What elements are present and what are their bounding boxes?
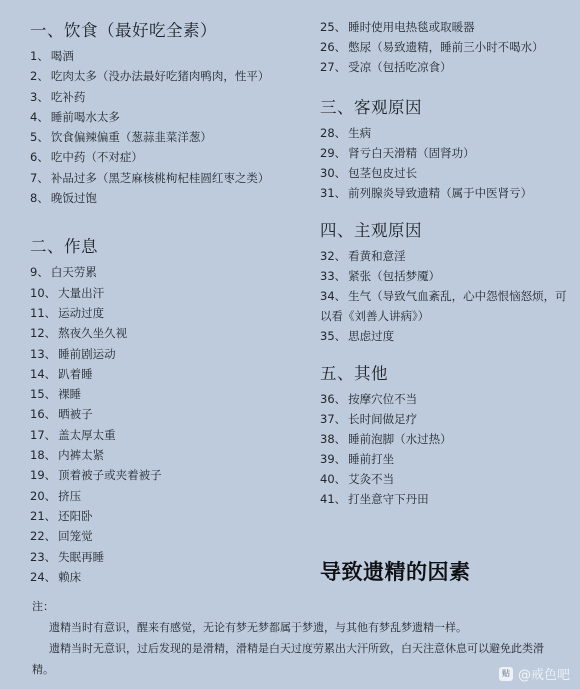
list-item: 38、睡前泡脚（水过热）: [320, 429, 580, 449]
list-item: 36、按摩穴位不当: [320, 389, 580, 409]
list-item: 11、运动过度: [30, 303, 300, 323]
list-item: 20、挤压: [30, 486, 300, 506]
list-item: 29、肾亏白天滑精（固肾功）: [320, 143, 580, 163]
section-objective-causes: 三、客观原因 28、生病 29、肾亏白天滑精（固肾功） 30、包茎包皮过长 31…: [320, 97, 580, 203]
list-item: 23、失眠再睡: [30, 547, 300, 567]
tieba-app-icon: 贴: [499, 667, 513, 681]
section-heading: 一、饮食（最好吃全素）: [30, 20, 300, 46]
list-item: 24、赖床: [30, 567, 300, 587]
note-paragraph: 遗精当时有意识，醒来有感觉，无论有梦无梦都属于梦遗，与其他有梦乱梦遗精一样。: [32, 617, 562, 638]
list-item: 12、熬夜久坐久视: [30, 323, 300, 343]
list-item: 25、睡时使用电热毯或取暖器: [320, 17, 580, 37]
list-item: 13、睡前剧运动: [30, 344, 300, 364]
list-item: 21、还阳卧: [30, 506, 300, 526]
section-subjective-causes: 四、主观原因 32、看黄和意淫 33、紧张（包括梦魇） 34、生气（导致气血紊乱…: [320, 220, 580, 346]
list-item: 28、生病: [320, 123, 580, 143]
left-column: 一、饮食（最好吃全素） 1、喝酒 2、吃肉太多（没办法最好吃猪肉鸭肉，性平） 3…: [30, 20, 300, 605]
list-item: 37、长时间做足疗: [320, 409, 580, 429]
list-item: 32、看黄和意淫: [320, 246, 580, 266]
note-paragraph: 遗精当时无意识，过后发现的是滑精，滑精是白天过度劳累出大汗所致，白天注意休息可以…: [32, 638, 562, 680]
section-other: 五、其他 36、按摩穴位不当 37、长时间做足疗 38、睡前泡脚（水过热） 39…: [320, 363, 580, 509]
list-item: 8、晚饭过饱: [30, 188, 300, 208]
right-column: 25、睡时使用电热毯或取暖器 26、憋尿（易致遗精，睡前三小时不喝水） 27、受…: [320, 17, 580, 526]
list-item: 26、憋尿（易致遗精，睡前三小时不喝水）: [320, 37, 580, 57]
section-routine: 二、作息 9、白天劳累 10、大量出汗 11、运动过度 12、熬夜久坐久视 13…: [30, 236, 300, 587]
section-heading: 四、主观原因: [320, 220, 580, 246]
section-heading: 二、作息: [30, 236, 300, 262]
list-item: 27、受凉（包括吃凉食）: [320, 57, 580, 77]
list-item: 22、回笼觉: [30, 526, 300, 546]
list-item: 9、白天劳累: [30, 262, 300, 282]
list-item: 7、补品过多（黑芝麻核桃枸杞桂圆红枣之类）: [30, 168, 300, 188]
list-item: 30、包茎包皮过长: [320, 163, 580, 183]
list-item: 1、喝酒: [30, 46, 300, 66]
list-item: 4、睡前喝水太多: [30, 107, 300, 127]
list-item: 19、顶着被子或夹着被子: [30, 465, 300, 485]
list-item: 5、饮食偏辣偏重（葱蒜韭菜洋葱）: [30, 127, 300, 147]
list-item: 18、内裤太紧: [30, 445, 300, 465]
list-item: 34、生气（导致气血紊乱，心中怨恨恼怒烦，可以看《刘善人讲病》）: [320, 286, 575, 326]
list-item: 17、盖太厚太重: [30, 425, 300, 445]
list-item: 31、前列腺炎导致遗精（属于中医肾亏）: [320, 183, 580, 203]
section-routine-continued: 25、睡时使用电热毯或取暖器 26、憋尿（易致遗精，睡前三小时不喝水） 27、受…: [320, 17, 580, 77]
section-diet: 一、饮食（最好吃全素） 1、喝酒 2、吃肉太多（没办法最好吃猪肉鸭肉，性平） 3…: [30, 20, 300, 208]
list-item: 3、吃补药: [30, 87, 300, 107]
list-item: 39、睡前打坐: [320, 449, 580, 469]
section-heading: 五、其他: [320, 363, 580, 389]
list-item: 33、紧张（包括梦魇）: [320, 266, 580, 286]
section-heading: 三、客观原因: [320, 97, 580, 123]
list-item: 14、趴着睡: [30, 364, 300, 384]
note-block: 注： 遗精当时有意识，醒来有感觉，无论有梦无梦都属于梦遗，与其他有梦乱梦遗精一样…: [32, 596, 562, 680]
watermark-text: @戒色吧: [518, 664, 570, 683]
watermark: 贴 @戒色吧: [499, 664, 570, 683]
page-title: 导致遗精的因素: [320, 556, 471, 586]
list-item: 41、打坐意守下丹田: [320, 489, 580, 509]
list-item: 10、大量出汗: [30, 283, 300, 303]
note-label: 注：: [32, 596, 562, 617]
list-item: 2、吃肉太多（没办法最好吃猪肉鸭肉，性平）: [30, 66, 300, 86]
list-item: 40、艾灸不当: [320, 469, 580, 489]
list-item: 16、晒被子: [30, 404, 300, 424]
list-item: 6、吃中药（不对症）: [30, 147, 300, 167]
list-item: 35、思虑过度: [320, 326, 580, 346]
list-item: 15、裸睡: [30, 384, 300, 404]
